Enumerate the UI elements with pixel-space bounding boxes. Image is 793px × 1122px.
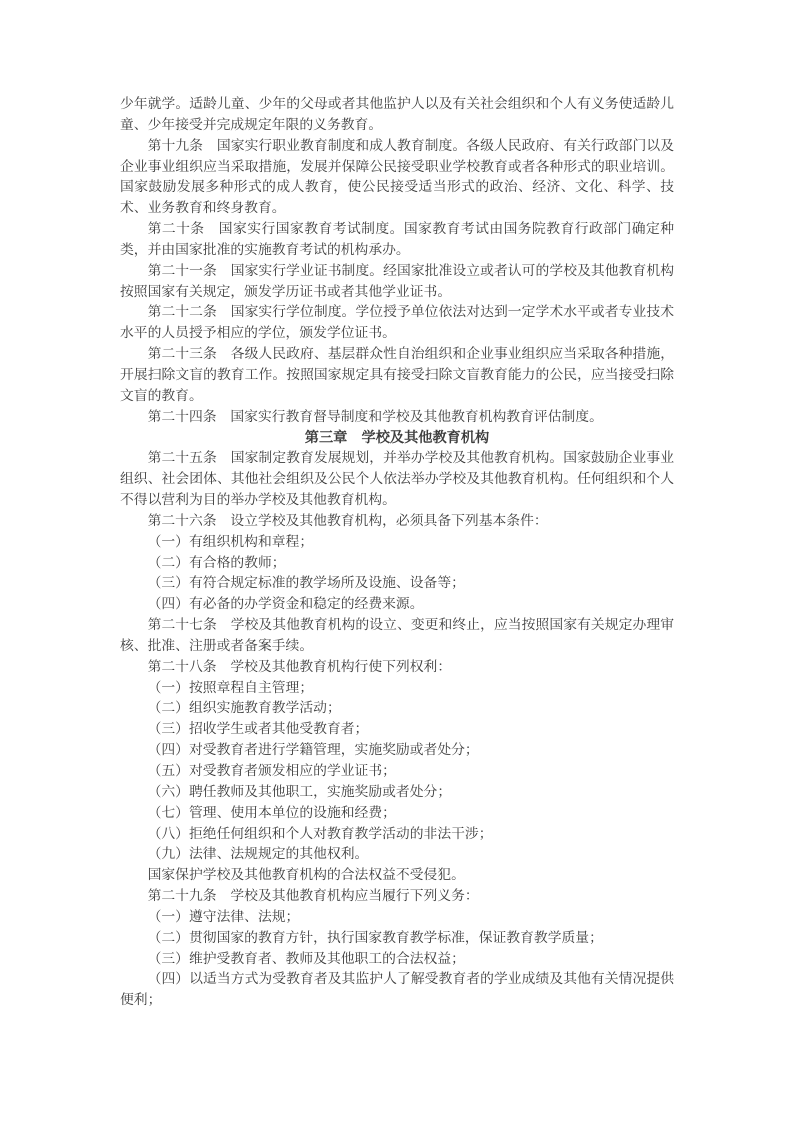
document-body: 少年就学。适龄儿童、少年的父母或者其他监护人以及有关社会组织和个人有义务使适龄儿… bbox=[120, 94, 674, 1011]
chapter-heading: 第三章 学校及其他教育机构 bbox=[120, 428, 674, 449]
paragraph: （四）以适当方式为受教育者及其监护人了解受教育者的学业成绩及其他有关情况提供便利… bbox=[120, 969, 674, 1011]
paragraph: （一）遵守法律、法规； bbox=[120, 907, 674, 928]
paragraph: 第二十一条 国家实行学业证书制度。经国家批准设立或者认可的学校及其他教育机构按照… bbox=[120, 261, 674, 303]
paragraph: （六）聘任教师及其他职工，实施奖励或者处分； bbox=[120, 782, 674, 803]
paragraph: （二）组织实施教育教学活动； bbox=[120, 698, 674, 719]
paragraph: （五）对受教育者颁发相应的学业证书； bbox=[120, 761, 674, 782]
paragraph: （二）贯彻国家的教育方针，执行国家教育教学标准，保证教育教学质量； bbox=[120, 928, 674, 949]
paragraph: 第二十条 国家实行国家教育考试制度。国家教育考试由国务院教育行政部门确定种类，并… bbox=[120, 219, 674, 261]
continuation-paragraph: 少年就学。适龄儿童、少年的父母或者其他监护人以及有关社会组织和个人有义务使适龄儿… bbox=[120, 94, 674, 136]
paragraph: （四）有必备的办学资金和稳定的经费来源。 bbox=[120, 594, 674, 615]
paragraph: （三）维护受教育者、教师及其他职工的合法权益； bbox=[120, 949, 674, 970]
paragraph: 国家保护学校及其他教育机构的合法权益不受侵犯。 bbox=[120, 865, 674, 886]
paragraph: （七）管理、使用本单位的设施和经费； bbox=[120, 803, 674, 824]
paragraph: 第二十七条 学校及其他教育机构的设立、变更和终止，应当按照国家有关规定办理审核、… bbox=[120, 615, 674, 657]
paragraph: （三）有符合规定标准的教学场所及设施、设备等； bbox=[120, 573, 674, 594]
paragraph: 第二十八条 学校及其他教育机构行使下列权利： bbox=[120, 657, 674, 678]
paragraph: （九）法律、法规规定的其他权利。 bbox=[120, 844, 674, 865]
paragraph: （一）有组织机构和章程； bbox=[120, 532, 674, 553]
document-page: 少年就学。适龄儿童、少年的父母或者其他监护人以及有关社会组织和个人有义务使适龄儿… bbox=[0, 0, 793, 1122]
paragraph: 第二十五条 国家制定教育发展规划，并举办学校及其他教育机构。国家鼓励企业事业组织… bbox=[120, 448, 674, 511]
paragraph: （一）按照章程自主管理； bbox=[120, 678, 674, 699]
paragraph: （二）有合格的教师； bbox=[120, 553, 674, 574]
paragraph: 第十九条 国家实行职业教育制度和成人教育制度。各级人民政府、有关行政部门以及企业… bbox=[120, 136, 674, 219]
paragraph: 第二十四条 国家实行教育督导制度和学校及其他教育机构教育评估制度。 bbox=[120, 407, 674, 428]
paragraph: 第二十三条 各级人民政府、基层群众性自治组织和企业事业组织应当采取各种措施，开展… bbox=[120, 344, 674, 407]
paragraph: （八）拒绝任何组织和个人对教育教学活动的非法干涉； bbox=[120, 824, 674, 845]
paragraph: 第二十九条 学校及其他教育机构应当履行下列义务： bbox=[120, 886, 674, 907]
paragraph: 第二十二条 国家实行学位制度。学位授予单位依法对达到一定学术水平或者专业技术水平… bbox=[120, 302, 674, 344]
paragraph: （三）招收学生或者其他受教育者； bbox=[120, 719, 674, 740]
paragraph: （四）对受教育者进行学籍管理，实施奖励或者处分； bbox=[120, 740, 674, 761]
paragraph: 第二十六条 设立学校及其他教育机构，必须具备下列基本条件： bbox=[120, 511, 674, 532]
